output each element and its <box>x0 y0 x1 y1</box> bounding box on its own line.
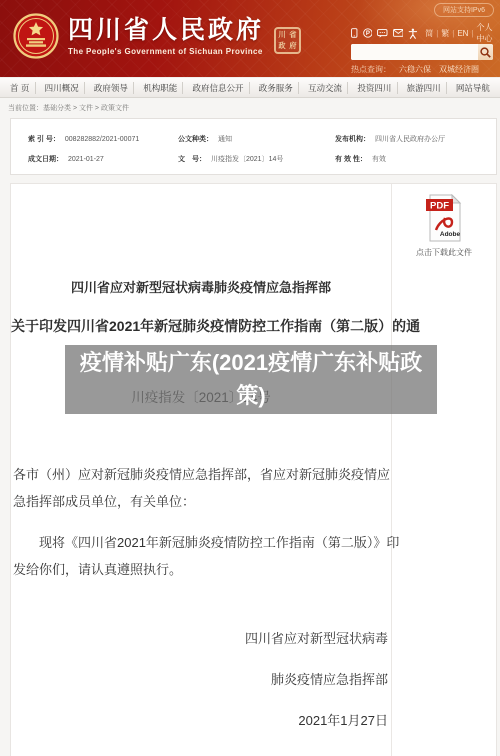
national-emblem-icon <box>13 13 59 59</box>
meta-validity: 有 效 性：有效 <box>335 154 496 174</box>
paragraph-line: 各市（州）应对新冠肺炎疫情应急指挥部，省应对新冠肺炎疫情应 <box>13 461 392 488</box>
nav-item-travel[interactable]: 旅游四川 <box>397 82 441 94</box>
paragraph-line: 急指挥部成员单位，有关单位： <box>13 488 392 515</box>
signature-line: 肺炎疫情应急指挥部 <box>245 659 388 700</box>
doc-main-title: 关于印发四川省2021年新冠肺炎疫情防控工作指南（第二版）的通 <box>11 318 393 335</box>
site-title[interactable]: 四川省人民政府 <box>68 16 264 44</box>
breadcrumb-path[interactable]: 基础分类 > 文件 > 政策文件 <box>43 105 129 112</box>
ad-overlay-text: 疫情补贴广东(2021疫情广东补贴政 策) <box>74 346 428 412</box>
meta-doc-type: 公文种类：通知 <box>178 134 335 154</box>
lang-english[interactable]: EN <box>457 29 468 38</box>
message-icon[interactable] <box>377 28 388 39</box>
search-input[interactable] <box>351 44 478 60</box>
download-hint[interactable]: 点击下载此文件 <box>392 247 496 258</box>
paragraph-line: 现将《四川省2021年新冠肺炎疫情防控工作指南（第二版）》印 <box>13 529 392 556</box>
ad-overlay: 疫情补贴广东(2021疫情广东补贴政 策) <box>65 345 437 414</box>
nav-item-invest[interactable]: 投资四川 <box>347 82 391 94</box>
nav-item-home[interactable]: 首 页 <box>10 82 29 94</box>
download-column: PDF Adobe 点击下载此文件 <box>391 184 496 756</box>
document-meta-table: 索 引 号：008282882/2021-00071 公文种类：通知 发布机构：… <box>10 118 497 175</box>
nav-item-sitemap[interactable]: 网站导航 <box>446 82 490 94</box>
header-tools: P 简 | 繁 | EN | 个人中心 <box>351 27 493 75</box>
hot-search-row: 热点查询： 六稳六保 双城经济圈 <box>351 64 493 75</box>
header-icon-row: P 简 | 繁 | EN | 个人中心 <box>351 27 493 39</box>
svg-text:Adobe: Adobe <box>440 231 461 238</box>
site-logo[interactable]: 四川省人民政府 The People's Government of Sichu… <box>13 13 301 59</box>
hot-term-2[interactable]: 双城经济圈 <box>439 64 479 75</box>
hot-search-label: 热点查询： <box>351 64 391 75</box>
meta-issuer: 发布机构：四川省人民政府办公厅 <box>335 134 496 154</box>
meta-doc-no: 文 号：川疫指发〔2021〕14号 <box>178 154 335 174</box>
official-seal-icon: 川省政府 <box>274 27 301 54</box>
paragraph-line: 发给你们，请认真遵照执行。 <box>13 556 392 583</box>
hot-term-1[interactable]: 六稳六保 <box>399 64 431 75</box>
lang-simplified[interactable]: 简 <box>425 28 433 39</box>
breadcrumb: 当前位置：基础分类 > 文件 > 政策文件 <box>0 98 500 113</box>
meta-date: 成文日期：2021-01-27 <box>28 154 178 174</box>
pdf-file-icon[interactable]: PDF Adobe <box>423 194 465 242</box>
language-links: 简 | 繁 | EN | 个人中心 <box>425 22 493 44</box>
search-icon <box>480 47 491 58</box>
mail-icon[interactable] <box>393 28 404 38</box>
nav-item-leaders[interactable]: 政府领导 <box>84 82 128 94</box>
signature-date: 2021年1月27日 <box>245 700 388 741</box>
lang-traditional[interactable]: 繁 <box>441 28 449 39</box>
site-titles: 四川省人民政府 The People's Government of Sichu… <box>68 16 264 56</box>
nav-item-interaction[interactable]: 互动交流 <box>298 82 342 94</box>
site-subtitle: The People's Government of Sichuan Provi… <box>68 47 264 56</box>
svg-text:P: P <box>365 30 369 37</box>
main-nav: 首 页 四川概况 政府领导 机构职能 政府信息公开 政务服务 互动交流 投资四川… <box>0 77 500 98</box>
document-panel: PDF Adobe 点击下载此文件 四川省应对新型冠状病毒肺炎疫情应急指挥部 关… <box>10 183 497 756</box>
wechat-icon[interactable]: P <box>363 27 373 39</box>
nav-item-overview[interactable]: 四川概况 <box>35 82 79 94</box>
page: 网站支持IPv6 四川省人民政府 The People's Government… <box>0 0 500 756</box>
meta-index-no: 索 引 号：008282882/2021-00071 <box>28 134 178 154</box>
signature-block: 四川省应对新型冠状病毒 肺炎疫情应急指挥部 2021年1月27日 <box>245 618 388 741</box>
doc-body: 各市（州）应对新冠肺炎疫情应急指挥部，省应对新冠肺炎疫情应 急指挥部成员单位，有… <box>13 461 392 583</box>
mobile-icon[interactable] <box>351 27 358 39</box>
search-bar <box>351 44 493 60</box>
breadcrumb-label: 当前位置： <box>8 105 43 112</box>
personal-center-link[interactable]: 个人中心 <box>477 22 493 44</box>
ipv6-badge: 网站支持IPv6 <box>434 3 494 17</box>
nav-item-services[interactable]: 政务服务 <box>249 82 293 94</box>
nav-item-functions[interactable]: 机构职能 <box>133 82 177 94</box>
nav-item-info-disclosure[interactable]: 政府信息公开 <box>182 82 243 94</box>
signature-line: 四川省应对新型冠状病毒 <box>245 618 388 659</box>
doc-org-title: 四川省应对新型冠状病毒肺炎疫情应急指挥部 <box>11 280 391 296</box>
site-header: 网站支持IPv6 四川省人民政府 The People's Government… <box>0 0 500 77</box>
search-button[interactable] <box>478 44 493 60</box>
accessibility-icon[interactable] <box>408 27 418 40</box>
svg-text:PDF: PDF <box>430 201 449 212</box>
